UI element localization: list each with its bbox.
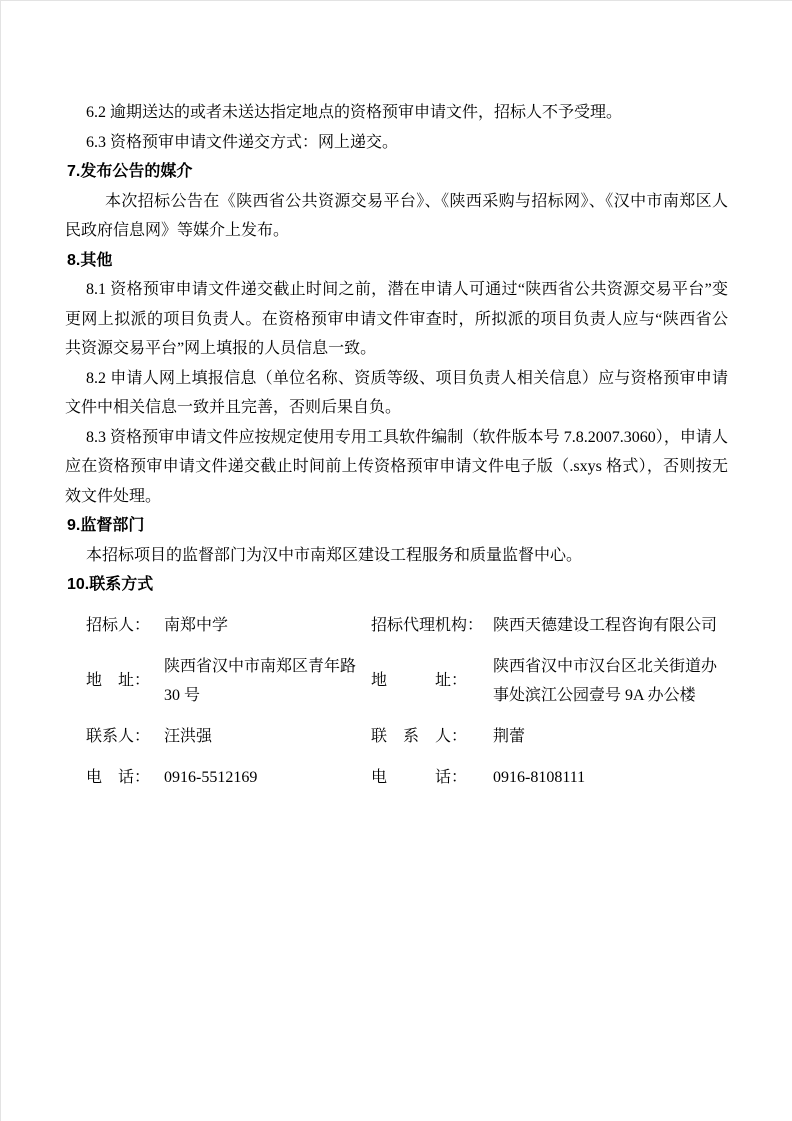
agency-address-value: 陕西省汉中市汉台区北关街道办事处滨江公园壹号 9A 办公楼 [493,652,729,710]
agency-contact-person-value: 荆蕾 [493,722,729,751]
heading-10-contact-info: 10.联系方式 [65,570,728,600]
clause-6-2: 6.2 逾期送达的或者未送达指定地点的资格预审申请文件，招标人不予受理。 [65,98,728,128]
heading-8-others: 8.其他 [65,246,728,276]
document-page: 6.2 逾期送达的或者未送达指定地点的资格预审申请文件，招标人不予受理。 6.3… [0,0,792,1121]
para-8-1: 8.1 资格预审申请文件递交截止时间之前，潜在申请人可通过“陕西省公共资源交易平… [65,275,728,364]
agency-phone-value: 0916-8108111 [493,763,729,792]
tenderer-label: 招标人： [86,611,164,640]
para-7-media-list: 本次招标公告在《陕西省公共资源交易平台》、《陕西采购与招标网》、《汉中市南郑区人… [65,187,728,246]
tenderer-contact-person-value: 汪洪强 [164,722,371,751]
contact-table: 招标人： 南郑中学 招标代理机构： 陕西天德建设工程咨询有限公司 地 址： 陕西… [86,611,728,792]
tenderer-value: 南郑中学 [164,611,371,640]
clause-6-3: 6.3 资格预审申请文件递交方式：网上递交。 [65,128,728,158]
heading-7-publication-media: 7.发布公告的媒介 [65,157,728,187]
para-8-3: 8.3 资格预审申请文件应按规定使用专用工具软件编制（软件版本号 7.8.200… [65,423,728,512]
agency-address-label: 地 址： [371,666,493,695]
para-9-supervision: 本招标项目的监督部门为汉中市南郑区建设工程服务和质量监督中心。 [65,541,728,571]
para-8-2: 8.2 申请人网上填报信息（单位名称、资质等级、项目负责人相关信息）应与资格预审… [65,364,728,423]
heading-9-supervision-department: 9.监督部门 [65,511,728,541]
tenderer-contact-person-label: 联系人： [86,722,164,751]
tenderer-address-label: 地 址： [86,666,164,695]
agency-label: 招标代理机构： [371,611,493,640]
agency-value: 陕西天德建设工程咨询有限公司 [493,611,729,640]
tenderer-address-value: 陕西省汉中市南郑区青年路 30 号 [164,652,371,710]
agency-contact-person-label: 联 系 人： [371,722,493,751]
agency-phone-label: 电 话： [371,763,493,792]
tenderer-phone-label: 电 话： [86,763,164,792]
tenderer-phone-value: 0916-5512169 [164,763,371,792]
